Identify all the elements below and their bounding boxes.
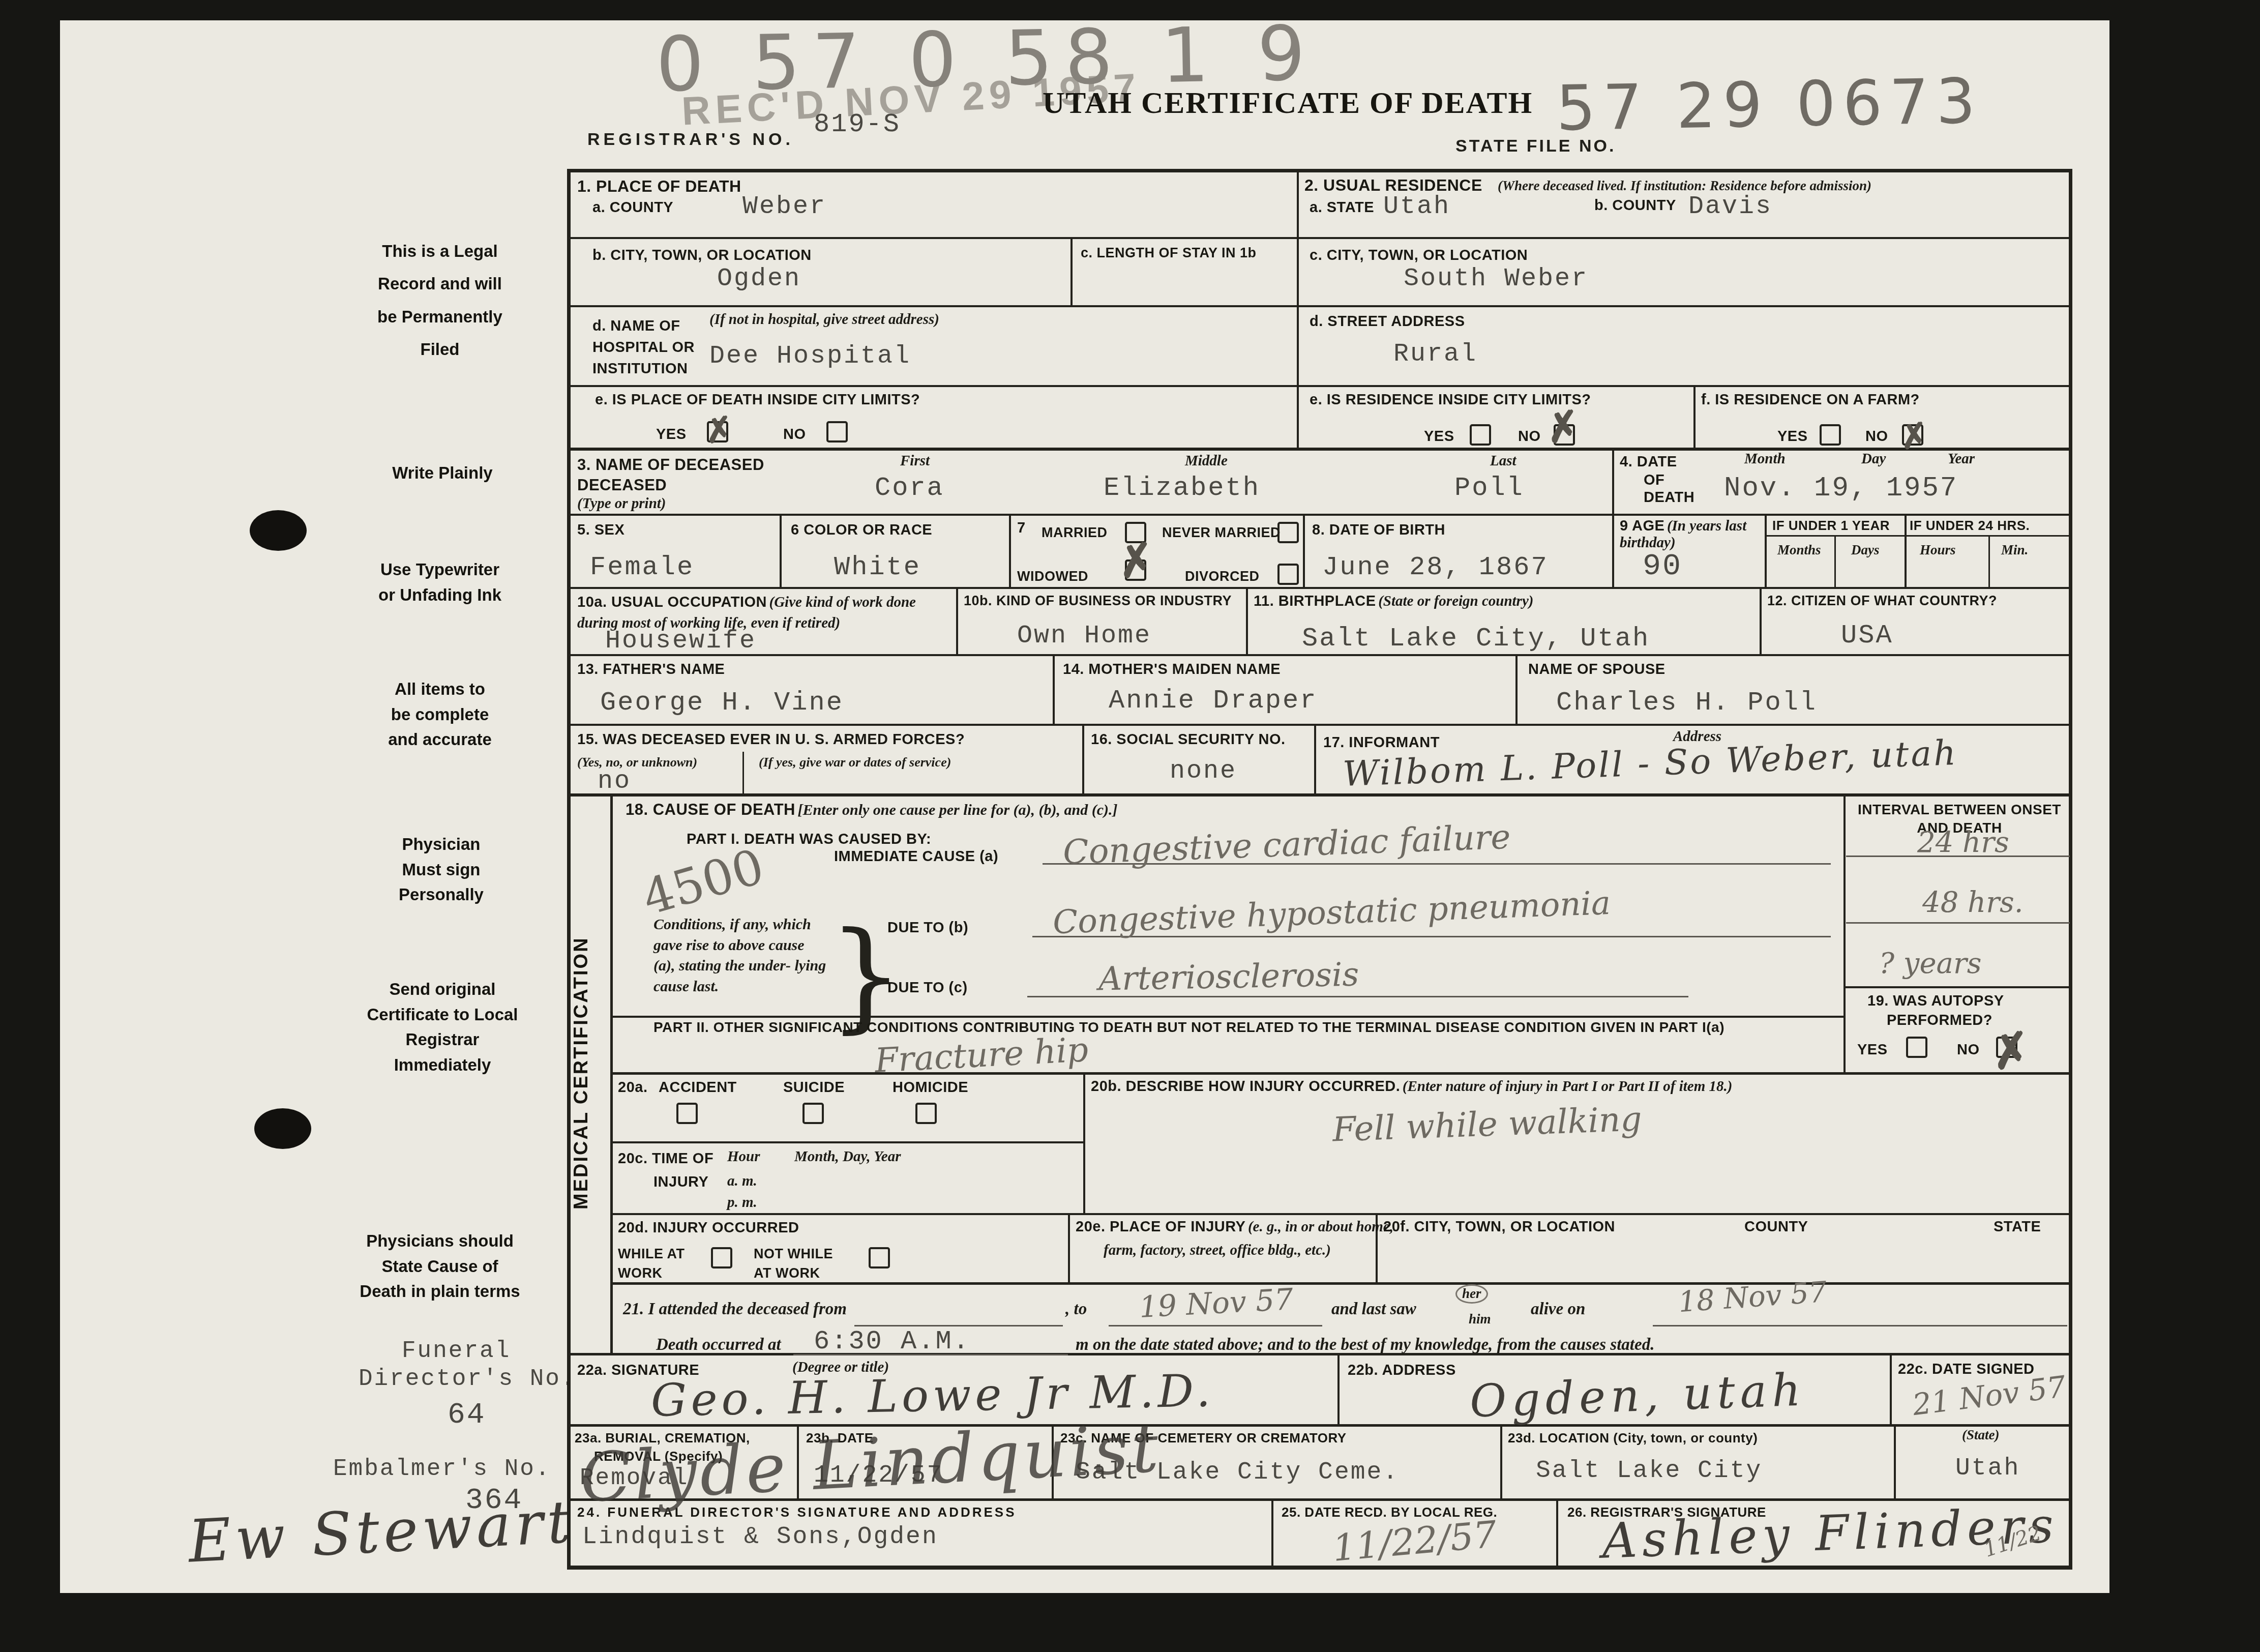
last-saw-text: and last saw (1331, 1300, 1416, 1319)
sidebar-note-typewriter: Use Typewriter or Unfading Ink (371, 557, 509, 607)
usual-residence-note: (Where deceased lived. If institution: R… (1498, 178, 1871, 194)
checkbox-not-while-at-work (869, 1247, 890, 1268)
residence-city-label: c. CITY, TOWN, OR LOCATION (1310, 247, 1528, 264)
x-mark-widowed: ✗ (1114, 533, 1157, 588)
sidebar-note-physician-sign: Physician Must sign Personally (394, 832, 488, 907)
hospital-name-value: Dee Hospital (709, 342, 911, 371)
first-name-label: First (900, 453, 930, 469)
due-to-c-label: DUE TO (c) (887, 980, 968, 996)
middle-name-label: Middle (1185, 453, 1228, 469)
spouse-name-label: NAME OF SPOUSE (1528, 661, 1666, 678)
date-of-birth-value: June 28, 1867 (1322, 552, 1549, 582)
registrar-no-label: REGISTRAR'S NO. (587, 130, 794, 150)
immediate-cause-label: IMMEDIATE CAUSE (a) (834, 848, 998, 865)
punch-hole (250, 510, 307, 551)
attended-text: 21. I attended the deceased from (623, 1300, 847, 1319)
spouse-name-value: Charles H. Poll (1556, 688, 1817, 718)
citizen-value: USA (1841, 621, 1893, 651)
date-of-death-label2: OF (1644, 472, 1664, 489)
describe-injury-label: 20b. DESCRIBE HOW INJURY OCCURRED. (Ente… (1091, 1078, 1732, 1095)
sidebar-note-write-plainly: Write Plainly (331, 460, 554, 486)
residence-farm-no-label: NO (1865, 428, 1888, 445)
conditions-note: Conditions, if any, which gave rise to a… (653, 914, 829, 997)
name-of-deceased-note: (Type or print) (577, 495, 666, 512)
hospital-name-label: d. NAME OF HOSPITAL OR INSTITUTION (592, 315, 709, 379)
if-under-1-year-label: IF UNDER 1 YEAR (1772, 518, 1890, 534)
part1-label: PART I. DEATH WAS CAUSED BY: (687, 831, 931, 848)
not-while-label1: NOT WHILE (754, 1246, 833, 1262)
place-county-value: Weber (742, 192, 826, 221)
part2-label: PART II. OTHER SIGNIFICANT CONDITIONS CO… (653, 1019, 1724, 1036)
age-label: 9 AGE (In years last birthday) (1620, 518, 1762, 551)
armed-forces-note1: (Yes, no, or unknown) (577, 755, 697, 770)
residence-limits-no-label: NO (1518, 428, 1541, 445)
checkbox-residence-limits-yes (1470, 424, 1491, 446)
certificate-title: UTAH CERTIFICATE OF DEATH (1043, 85, 1533, 121)
place-city-label: b. CITY, TOWN, OR LOCATION (592, 247, 812, 264)
ssn-value: none (1170, 757, 1237, 786)
residence-city-value: South Weber (1404, 264, 1588, 293)
date-of-death-value: Nov. 19, 1957 (1724, 473, 1958, 504)
her-word: her (1455, 1286, 1488, 1302)
physician-address-label: 22b. ADDRESS (1348, 1362, 1456, 1379)
father-name-value: George H. Vine (600, 688, 844, 718)
funeral-director-no-label2: Director's No. (359, 1366, 576, 1392)
checkbox-homicide (915, 1103, 937, 1124)
accident-label: ACCIDENT (659, 1079, 737, 1096)
checkbox-divorced (1277, 564, 1299, 585)
medical-certification-strip: MEDICAL CERTIFICATION (571, 804, 592, 1343)
x-mark-residence-limits-no: ✗ (1543, 401, 1583, 453)
registrar-no-value: 819-S (814, 109, 901, 139)
armed-forces-label: 15. WAS DECEASED EVER IN U. S. ARMED FOR… (577, 731, 965, 748)
due-to-b-label: DUE TO (b) (887, 920, 968, 936)
race-label: 6 COLOR OR RACE (791, 522, 932, 539)
date-of-birth-label: 8. DATE OF BIRTH (1312, 522, 1445, 539)
due-to-c-value: Arteriosclerosis (1098, 956, 1359, 998)
place-city-limits-label: e. IS PLACE OF DEATH INSIDE CITY LIMITS? (595, 392, 920, 408)
checkbox-residence-farm-yes (1820, 424, 1841, 446)
residence-farm-yes-label: YES (1777, 428, 1808, 445)
sidebar-note-complete: All items to be complete and accurate (384, 676, 496, 752)
never-married-label: NEVER MARRIED (1162, 525, 1281, 541)
mother-name-value: Annie Draper (1109, 686, 1317, 716)
days-label: Days (1851, 542, 1880, 558)
death-occurred-tail: m on the date stated above; and to the b… (1076, 1336, 1654, 1354)
state-file-no-value: 57 29 0673 (1556, 65, 1983, 145)
pm-label: p. m. (727, 1194, 757, 1211)
death-time-value: 6:30 A.M. (814, 1326, 970, 1356)
middle-name-value: Elizabeth (1104, 473, 1260, 503)
residence-limits-yes-label: YES (1424, 428, 1454, 445)
not-while-label2: AT WORK (754, 1265, 820, 1281)
birthplace-label: 11. BIRTHPLACE (State or foreign country… (1254, 593, 1533, 610)
hospital-name-note: (If not in hospital, give street address… (709, 311, 939, 328)
divorced-label: DIVORCED (1185, 569, 1260, 584)
sex-label: 5. SEX (577, 522, 625, 539)
name-of-deceased-label: 3. NAME OF DECEASED (577, 456, 764, 474)
place-city-value: Ogden (717, 264, 801, 293)
homicide-label: HOMICIDE (893, 1079, 968, 1096)
months-label: Months (1777, 542, 1821, 558)
last-name-value: Poll (1454, 473, 1524, 503)
length-of-stay-label: c. LENGTH OF STAY IN 1b (1081, 245, 1257, 261)
sidebar-note-send-original: Send original Certificate to Local Regis… (361, 977, 524, 1077)
last-name-label: Last (1490, 453, 1516, 469)
age-value: 90 (1643, 549, 1682, 584)
autopsy-label1: 19. WAS AUTOPSY (1867, 993, 2004, 1010)
residence-street-label: d. STREET ADDRESS (1310, 313, 1465, 330)
armed-forces-note2: (If yes, give war or dates of service) (759, 755, 951, 770)
x-mark-place-limits-yes: ✗ (702, 408, 736, 452)
funeral-director-no-value: 64 (448, 1399, 486, 1432)
autopsy-yes-label: YES (1857, 1042, 1888, 1058)
attended-to-text: , to (1065, 1300, 1087, 1319)
interval-b-value: 48 hrs. (1922, 886, 2023, 919)
item-20a-num: 20a. (618, 1079, 647, 1096)
occupation-value: Housewife (605, 627, 756, 656)
first-name-value: Cora (875, 473, 944, 503)
married-label: MARRIED (1042, 525, 1108, 541)
autopsy-label2: PERFORMED? (1887, 1012, 1993, 1029)
hour-label: Hour (727, 1148, 760, 1165)
time-of-injury-label2: INJURY (653, 1174, 708, 1191)
residence-farm-label: f. IS RESIDENCE ON A FARM? (1701, 392, 1920, 408)
ssn-label: 16. SOCIAL SECURITY NO. (1091, 731, 1286, 748)
injury-county-label: COUNTY (1744, 1219, 1808, 1235)
checkbox-suicide (802, 1103, 824, 1124)
widowed-label: WIDOWED (1017, 569, 1088, 584)
x-mark-residence-farm-no: ✗ (1897, 415, 1931, 458)
interval-a-value: 24 hrs (1917, 826, 2009, 859)
cemetery-location-value: Salt Lake City (1536, 1457, 1762, 1485)
place-of-death-title: 1. PLACE OF DEATH (577, 177, 741, 196)
place-of-injury-note2: farm, factory, street, office bldg., etc… (1104, 1242, 1331, 1259)
injury-occurred-label: 20d. INJURY OCCURRED (618, 1220, 799, 1236)
industry-value: Own Home (1017, 622, 1151, 651)
autopsy-no-label: NO (1957, 1042, 1980, 1058)
checkbox-accident (676, 1103, 698, 1124)
him-word: him (1469, 1311, 1491, 1327)
cemetery-location-label: 23d. LOCATION (City, town, or county) (1508, 1430, 1758, 1446)
while-at-work-label2: WORK (618, 1265, 662, 1281)
residence-state-value: Utah (1383, 192, 1450, 221)
place-limits-yes-label: YES (656, 426, 687, 443)
residence-state-label: a. STATE (1310, 199, 1374, 216)
am-label: a. m. (727, 1173, 757, 1190)
place-of-injury-label: 20e. PLACE OF INJURY (e. g., in or about… (1076, 1219, 1393, 1235)
scanned-death-certificate: { "glyphs": { "x": "✗", "brace": "}" }, … (0, 0, 2260, 1652)
industry-label: 10b. KIND OF BUSINESS OR INDUSTRY (964, 593, 1232, 609)
x-mark-autopsy-no: ✗ (1988, 1021, 2034, 1081)
cemetery-state-label: (State) (1962, 1427, 2000, 1443)
injury-city-label: 20f. CITY, TOWN, OR LOCATION (1383, 1219, 1615, 1235)
funeral-director-value: Lindquist & Sons,Ogden (582, 1523, 938, 1551)
checkbox-while-at-work (711, 1247, 732, 1268)
embalmer-no-label: Embalmer's No. (333, 1456, 551, 1482)
sex-value: Female (590, 552, 694, 582)
death-occurred-text: Death occurred at (656, 1336, 781, 1354)
residence-county-label: b. COUNTY (1594, 197, 1676, 214)
residence-county-value: Davis (1688, 192, 1772, 221)
checkbox-autopsy-yes (1906, 1037, 1927, 1058)
informant-label: 17. INFORMANT (1323, 734, 1440, 751)
race-value: White (834, 552, 921, 582)
death-day-label: Day (1861, 451, 1886, 467)
place-limits-no-label: NO (783, 426, 806, 443)
month-day-year-label: Month, Day, Year (794, 1148, 901, 1165)
marital-num: 7 (1017, 520, 1026, 537)
death-year-label: Year (1948, 451, 1975, 467)
time-of-injury-label1: 20c. TIME OF (618, 1150, 713, 1167)
death-month-label: Month (1744, 451, 1786, 467)
mother-name-label: 14. MOTHER'S MAIDEN NAME (1063, 661, 1281, 678)
checkbox-place-limits-no (826, 421, 848, 442)
residence-street-value: Rural (1393, 340, 1477, 369)
hours-label: Hours (1920, 542, 1956, 558)
citizen-label: 12. CITIZEN OF WHAT COUNTRY? (1767, 593, 1997, 609)
name-of-deceased-label2: DECEASED (577, 476, 667, 494)
date-of-death-label1: 4. DATE (1620, 454, 1677, 470)
funeral-director-no-label: Funeral (402, 1338, 511, 1364)
suicide-label: SUICIDE (783, 1079, 845, 1096)
injury-state-label: STATE (1994, 1219, 2041, 1235)
cemetery-state-value: Utah (1955, 1455, 2020, 1482)
armed-forces-value: no (598, 767, 631, 796)
alive-on-text: alive on (1531, 1300, 1585, 1319)
father-name-label: 13. FATHER'S NAME (577, 661, 725, 678)
date-of-death-label3: DEATH (1644, 489, 1694, 506)
min-label: Min. (2001, 542, 2028, 558)
checkbox-never-married (1277, 522, 1299, 543)
if-under-24-hrs-label: IF UNDER 24 HRS. (1910, 518, 2030, 534)
place-county-label: a. COUNTY (592, 199, 673, 216)
sidebar-note-legal-record: This is a Legal Record and will be Perma… (376, 235, 503, 366)
interval-c-value: ? years (1879, 947, 1982, 980)
sidebar-note-plain-terms: Physicians should State Cause of Death i… (356, 1228, 524, 1304)
punch-hole (254, 1108, 311, 1149)
cause-of-death-label: 18. CAUSE OF DEATH [Enter only one cause… (626, 801, 1118, 819)
while-at-work-label1: WHILE AT (618, 1246, 685, 1262)
birthplace-value: Salt Lake City, Utah (1302, 624, 1650, 654)
